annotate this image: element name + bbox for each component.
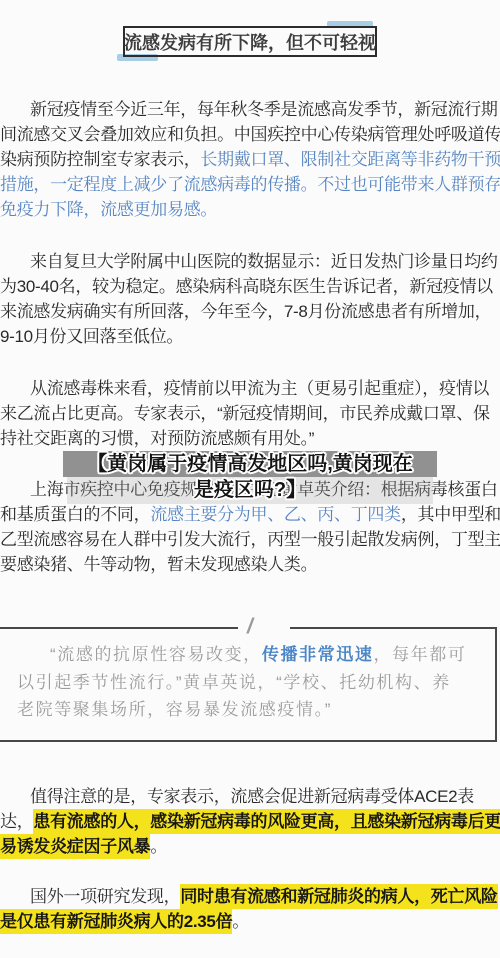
page: 流感发病有所下降，但不可轻视 新冠疫情至今近三年，每年秋冬季是流感高发季节，新冠… xyxy=(0,0,500,958)
text-segment: 达， xyxy=(0,809,33,834)
text-segment: 老院等聚集场所，容易暴发流感疫情。” xyxy=(17,696,332,724)
text-line: 免疫力下降，流感更加易感。 xyxy=(0,197,500,222)
text-line: 国外一项研究发现，同时患有流感和新冠肺炎的病人，死亡风险 xyxy=(0,884,500,909)
text-line: 要感染猪、牛等动物，暂未发现感染人类。 xyxy=(0,552,500,577)
text-segment: 和基质蛋白的不同， xyxy=(0,502,150,527)
text-segment: “流感的抗原性容易改变， xyxy=(50,641,262,669)
text-line: 乙型流感容易在人群中引发大流行，丙型一般引起散发病例，丁型主 xyxy=(0,527,500,552)
text-line: 来自复旦大学附属中山医院的数据显示：近日发热门诊量日均约 xyxy=(0,249,500,274)
text-line: 为30-40名，较为稳定。感染病科高晓东医生告诉记者，新冠疫情以 xyxy=(0,274,500,299)
text-line: 间流感交叉会叠加效应和负担。中国疾控中心传染病管理处呼吸道传 xyxy=(0,122,500,147)
quote-slash-icon: / xyxy=(247,615,271,639)
text-segment: 间流感交叉会叠加效应和负担。中国疾控中心传染病管理处呼吸道传 xyxy=(0,122,500,147)
text-segment: 长期戴口罩、限制社交距离等非药物干预 xyxy=(200,147,500,172)
text-segment: 为30-40名，较为稳定。感染病科高晓东医生告诉记者，新冠疫情以 xyxy=(0,274,493,299)
text-line: 新冠疫情至今近三年，每年秋冬季是流感高发季节，新冠流行期 xyxy=(0,97,500,122)
text-segment: 9-10月份又回落至低位。 xyxy=(0,324,183,349)
paragraph: 新冠疫情至今近三年，每年秋冬季是流感高发季节，新冠流行期间流感交叉会叠加效应和负… xyxy=(0,97,500,222)
text-line: 措施，一定程度上减少了流感病毒的传播。不过也可能带来人群预存 xyxy=(0,172,500,197)
text-segment: 来流感发病确实有所回落，今年至今，7-8月份流感患者有所增加， xyxy=(0,299,491,324)
text-segment: 免疫力下降，流感更加易感。 xyxy=(0,197,217,222)
text-line: 持社交距离的习惯，对预防流感颇有用处。” xyxy=(0,426,500,451)
text-line: 来乙流占比更高。专家表示，“新冠疫情期间，市民养成戴口罩、保 xyxy=(0,401,500,426)
text-segment: 患有流感的人，感染新冠病毒的风险更高，且感染新冠病毒后更 xyxy=(33,809,500,834)
text-segment: 要感染猪、牛等动物，暂未发现感染人类。 xyxy=(0,552,317,577)
paragraph: 国外一项研究发现，同时患有流感和新冠肺炎的病人，死亡风险是仅患有新冠肺炎病人的2… xyxy=(0,884,500,934)
text-segment: 从流感毒株来看，疫情前以甲流为主（更易引起重症），疫情以 xyxy=(30,376,489,401)
text-line: 值得注意的是，专家表示，流感会促进新冠病毒受体ACE2表 xyxy=(0,784,500,809)
text-segment: 值得注意的是，专家表示，流感会促进新冠病毒受体ACE2表 xyxy=(30,784,474,809)
text-segment: 是仅患有新冠肺炎病人的2.35倍 xyxy=(0,909,232,934)
page-title: 流感发病有所下降，但不可轻视 xyxy=(124,29,376,55)
text-line: “流感的抗原性容易改变，传播非常迅速，每年都可 xyxy=(17,641,500,669)
text-line: 是仅患有新冠肺炎病人的2.35倍。 xyxy=(0,909,500,934)
text-line: 从流感毒株来看，疫情前以甲流为主（更易引起重症），疫情以 xyxy=(0,376,500,401)
watermark-overlay-line2: 是疫区吗?】 xyxy=(67,477,433,504)
text-line: 9-10月份又回落至低位。 xyxy=(0,324,500,349)
text-segment: 。 xyxy=(150,834,167,859)
text-segment: 。 xyxy=(232,909,249,934)
text-segment: 国外一项研究发现， xyxy=(30,884,180,909)
text-line: 以引起季节性流行。”黄卓英说，“学校、托幼机构、养 xyxy=(17,669,500,697)
text-line: 来流感发病确实有所回落，今年至今，7-8月份流感患者有所增加， xyxy=(0,299,500,324)
text-line: 老院等聚集场所，容易暴发流感疫情。” xyxy=(17,696,500,724)
text-segment: 以引起季节性流行。”黄卓英说，“学校、托幼机构、养 xyxy=(17,669,451,697)
title-box: 流感发病有所下降，但不可轻视 xyxy=(123,26,377,57)
text-line: 达，患有流感的人，感染新冠病毒的风险更高，且感染新冠病毒后更 xyxy=(0,809,500,834)
text-segment: 同时患有流感和新冠肺炎的病人，死亡风险 xyxy=(180,884,497,909)
text-line: 和基质蛋白的不同，流感主要分为甲、乙、丙、丁四类，其中甲型和 xyxy=(0,502,500,527)
quote-text: “流感的抗原性容易改变，传播非常迅速，每年都可以引起季节性流行。”黄卓英说，“学… xyxy=(17,641,500,724)
text-segment: ，每年都可 xyxy=(373,641,466,669)
text-line: 染病预防控制室专家表示，长期戴口罩、限制社交距离等非药物干预 xyxy=(0,147,500,172)
text-segment: 来乙流占比更高。专家表示，“新冠疫情期间，市民养成戴口罩、保 xyxy=(0,401,490,426)
text-line: 易诱发炎症因子风暴。 xyxy=(0,834,500,859)
paragraph: 从流感毒株来看，疫情前以甲流为主（更易引起重症），疫情以来乙流占比更高。专家表示… xyxy=(0,376,500,451)
text-segment: 乙型流感容易在人群中引发大流行，丙型一般引起散发病例，丁型主 xyxy=(0,527,500,552)
text-segment: 新冠疫情至今近三年，每年秋冬季是流感高发季节，新冠流行期 xyxy=(30,97,498,122)
watermark-text-1: 【黄岗属于疫情高发地区吗,黄岗现在 xyxy=(63,451,437,477)
text-segment: 传播非常迅速 xyxy=(262,641,374,669)
text-segment: 染病预防控制室专家表示， xyxy=(0,147,200,172)
text-segment: 流感主要分为甲、乙、丙、丁四类 xyxy=(150,502,401,527)
paragraph: 值得注意的是，专家表示，流感会促进新冠病毒受体ACE2表达，患有流感的人，感染新… xyxy=(0,784,500,859)
paragraph: 来自复旦大学附属中山医院的数据显示：近日发热门诊量日均约为30-40名，较为稳定… xyxy=(0,249,500,349)
text-segment: ，其中甲型和 xyxy=(401,502,500,527)
text-segment: 易诱发炎症因子风暴 xyxy=(0,834,150,859)
text-segment: 持社交距离的习惯，对预防流感颇有用处。” xyxy=(0,426,314,451)
watermark-overlay-line1: 【黄岗属于疫情高发地区吗,黄岗现在 xyxy=(63,451,437,477)
text-segment: 来自复旦大学附属中山医院的数据显示：近日发热门诊量日均约 xyxy=(30,249,498,274)
watermark-text-2: 是疫区吗?】 xyxy=(67,477,433,504)
text-segment: 措施，一定程度上减少了流感病毒的传播。不过也可能带来人群预存 xyxy=(0,172,500,197)
